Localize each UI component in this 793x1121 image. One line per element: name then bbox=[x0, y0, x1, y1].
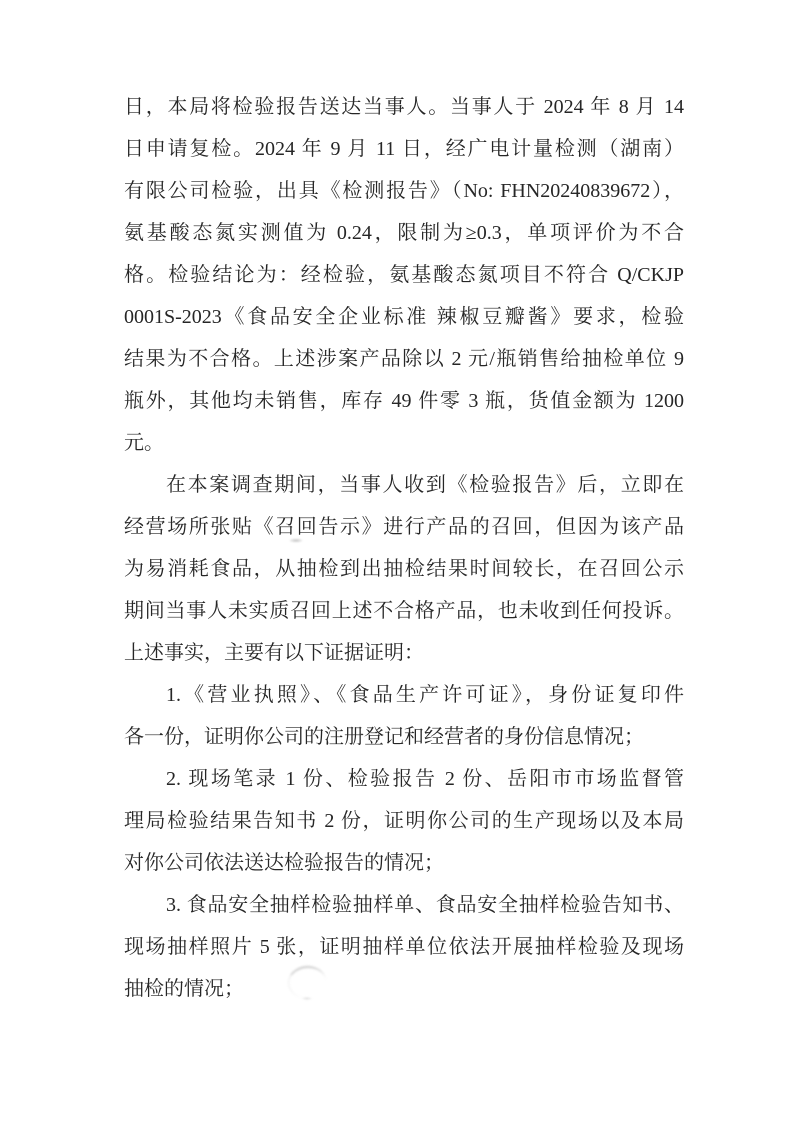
text-line: 现场抽样照片 5 张，证明抽样单位依法开展抽样检验及现场 bbox=[124, 926, 684, 968]
text-line: 为易消耗食品，从抽检到出抽检结果时间较长，在召回公示 bbox=[124, 548, 684, 590]
text-line: 有限公司检验，出具《检测报告》（No: FHN20240839672）， bbox=[124, 170, 684, 212]
text-line: 理局检验结果告知书 2 份，证明你公司的生产现场以及本局 bbox=[124, 800, 684, 842]
text-line: 日申请复检。2024 年 9 月 11 日，经广电计量检测（湖南） bbox=[124, 128, 684, 170]
text-line: 3. 食品安全抽样检验抽样单、食品安全抽样检验告知书、 bbox=[124, 884, 684, 926]
text-line: 期间当事人未实质召回上述不合格产品，也未收到任何投诉。 bbox=[124, 590, 684, 632]
text-line: 结果为不合格。上述涉案产品除以 2 元/瓶销售给抽检单位 9 bbox=[124, 338, 684, 380]
scanned-document-page: 日，本局将检验报告送达当事人。当事人于 2024 年 8 月 14日申请复检。2… bbox=[0, 0, 793, 1121]
text-line: 格。检验结论为：经检验，氨基酸态氮项目不符合 Q/CKJP bbox=[124, 254, 684, 296]
text-line: 1.《营业执照》、《食品生产许可证》，身份证复印件 bbox=[124, 674, 684, 716]
text-line: 元。 bbox=[124, 422, 684, 464]
text-line: 上述事实，主要有以下证据证明： bbox=[124, 632, 684, 674]
text-line: 2. 现场笔录 1 份、检验报告 2 份、岳阳市市场监督管 bbox=[124, 758, 684, 800]
text-line: 0001S-2023《食品安全企业标准 辣椒豆瓣酱》要求，检验 bbox=[124, 296, 684, 338]
text-line: 在本案调查期间，当事人收到《检验报告》后，立即在 bbox=[124, 464, 684, 506]
text-line: 氨基酸态氮实测值为 0.24，限制为≥0.3，单项评价为不合 bbox=[124, 212, 684, 254]
text-line: 瓶外，其他均未销售，库存 49 件零 3 瓶，货值金额为 1200 bbox=[124, 380, 684, 422]
document-text: 日，本局将检验报告送达当事人。当事人于 2024 年 8 月 14日申请复检。2… bbox=[124, 86, 684, 1010]
text-line: 经营场所张贴《召回告示》进行产品的召回，但因为该产品 bbox=[124, 506, 684, 548]
text-line: 抽检的情况； bbox=[124, 968, 684, 1010]
text-line: 对你公司依法送达检验报告的情况； bbox=[124, 842, 684, 884]
text-line: 日，本局将检验报告送达当事人。当事人于 2024 年 8 月 14 bbox=[124, 86, 684, 128]
text-line: 各一份，证明你公司的注册登记和经营者的身份信息情况； bbox=[124, 716, 684, 758]
